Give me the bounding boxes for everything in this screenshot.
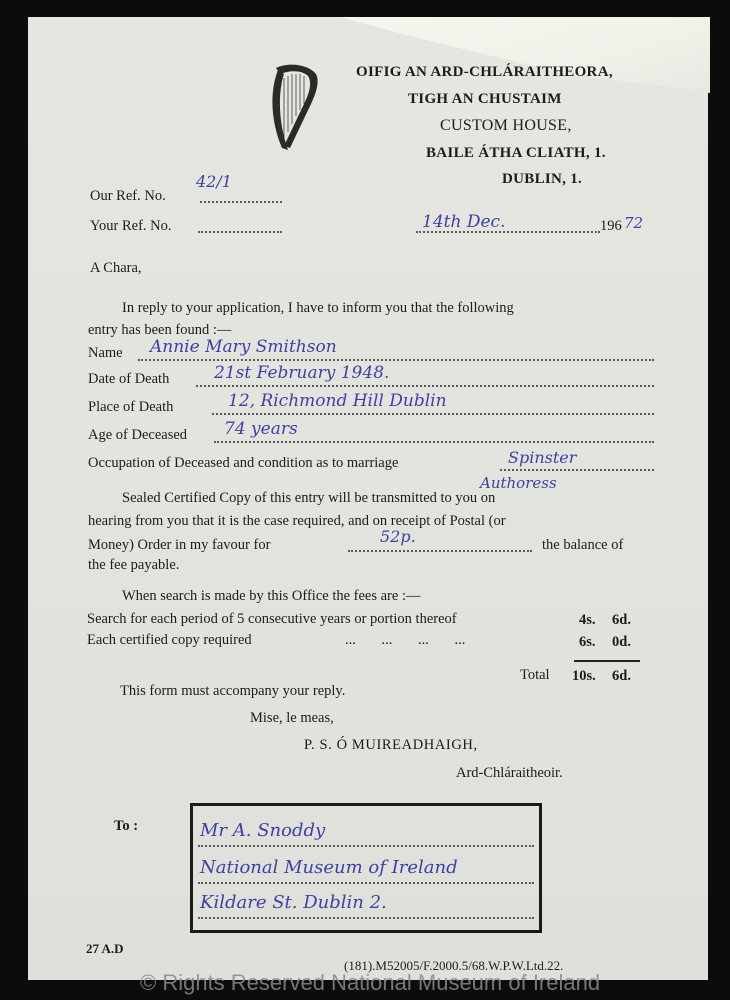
harp-icon: [264, 60, 322, 154]
place-of-death-dots: [212, 413, 654, 415]
amount-dots: [348, 550, 532, 552]
intro-line-1: In reply to your application, I have to …: [122, 300, 514, 317]
occupation-label: Occupation of Deceased and condition as …: [88, 455, 398, 472]
amount-value: 52p.: [380, 527, 416, 546]
year-printed: 196: [600, 218, 622, 235]
our-ref-value: 42/1: [196, 172, 232, 191]
name-label: Name: [88, 345, 123, 362]
signatory-title: Ard-Chláraitheoir.: [456, 765, 563, 782]
your-ref-label: Your Ref. No.: [90, 218, 172, 235]
occupation-value: Spinster: [508, 448, 576, 467]
age-label: Age of Deceased: [88, 427, 187, 444]
year-handwritten: 72: [624, 214, 643, 232]
fee-row-search-shillings: 4s.: [579, 612, 596, 629]
date-of-death-dots: [196, 385, 654, 387]
address-line-1-dots: [198, 845, 534, 847]
total-rule: [574, 660, 640, 662]
letterhead-building-english: CUSTOM HOUSE,: [440, 117, 572, 135]
fee-row-copy-label: Each certified copy required: [87, 632, 252, 649]
age-dots: [214, 441, 654, 443]
name-dots: [138, 359, 654, 361]
sealed-line-3b: the balance of: [542, 537, 623, 554]
letterhead-office-irish: OIFIG AN ARD-CHLÁRAITHEORA,: [356, 64, 613, 81]
our-ref-label: Our Ref. No.: [90, 188, 166, 205]
address-line-3: Kildare St. Dublin 2.: [200, 892, 387, 913]
copyright-watermark: © Rights Reserved National Museum of Ire…: [140, 970, 600, 996]
sealed-line-1: Sealed Certified Copy of this entry will…: [122, 490, 495, 507]
total-label: Total: [520, 667, 550, 684]
address-line-3-dots: [198, 917, 534, 919]
to-label: To :: [114, 818, 138, 835]
letterhead-city-english: DUBLIN, 1.: [502, 171, 582, 188]
fees-heading: When search is made by this Office the f…: [122, 588, 420, 605]
fee-row-copy-pence: 0d.: [612, 634, 631, 651]
address-line-2: National Museum of Ireland: [200, 857, 458, 878]
fee-row-search-pence: 6d.: [612, 612, 631, 629]
date-of-death-value: 21st February 1948.: [214, 363, 389, 383]
fee-row-search-label: Search for each period of 5 consecutive …: [87, 611, 457, 628]
name-value: Annie Mary Smithson: [150, 337, 337, 357]
age-value: 74 years: [224, 419, 298, 439]
must-accompany-note: This form must accompany your reply.: [120, 683, 345, 700]
valediction: Mise, le meas,: [250, 710, 334, 727]
address-line-2-dots: [198, 882, 534, 884]
fee-row-copy-shillings: 6s.: [579, 634, 596, 651]
our-ref-dots: [200, 201, 282, 203]
sealed-line-4: the fee payable.: [88, 557, 179, 574]
occupation-dots: [500, 469, 654, 471]
signatory-name: P. S. Ó MUIREADHAIGH,: [304, 737, 478, 754]
fee-row-copy-leader: ... ... ... ...: [345, 632, 465, 649]
total-pence: 6d.: [612, 668, 631, 685]
form-code: 27 A.D: [86, 941, 124, 957]
letterhead-city-irish: BAILE ÁTHA CLIATH, 1.: [426, 145, 606, 162]
place-of-death-value: 12, Richmond Hill Dublin: [228, 391, 447, 411]
letterhead-building-irish: TIGH AN CHUSTAIM: [408, 91, 562, 108]
place-of-death-label: Place of Death: [88, 399, 173, 416]
total-shillings: 10s.: [572, 668, 596, 685]
salutation: A Chara,: [90, 260, 142, 277]
sealed-line-2: hearing from you that it is the case req…: [88, 513, 506, 530]
sealed-line-3a: Money) Order in my favour for: [88, 537, 270, 554]
date-of-death-label: Date of Death: [88, 371, 169, 388]
date-value: 14th Dec.: [422, 212, 505, 232]
address-line-1: Mr A. Snoddy: [200, 820, 325, 841]
your-ref-dots: [198, 231, 282, 233]
